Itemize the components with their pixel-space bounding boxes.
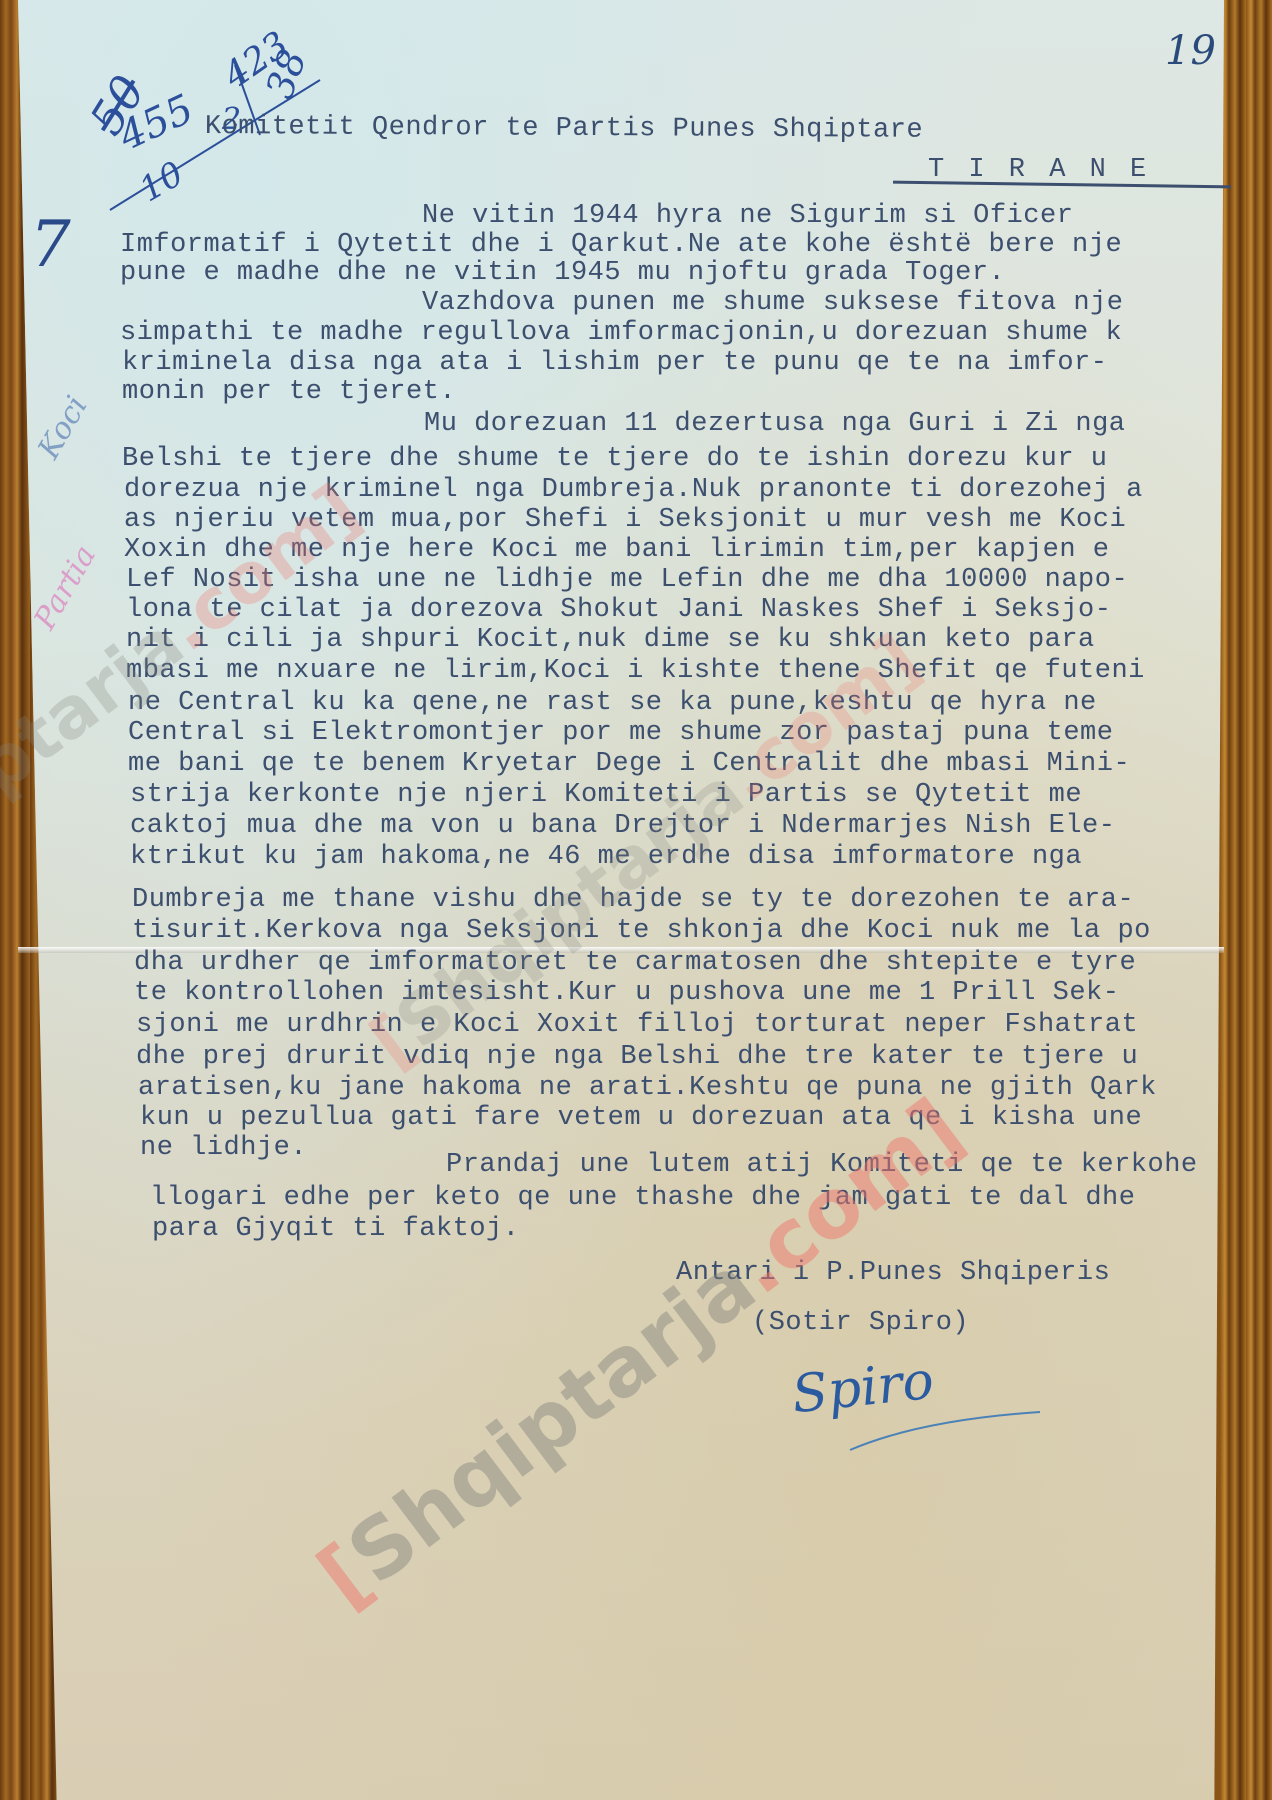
- body-line: Belshi te tjere dhe shume te tjere do te…: [122, 444, 1107, 474]
- body-line: kun u pezullua gati fare vetem u dorezua…: [140, 1103, 1142, 1133]
- body-line: nit i cili ja shpuri Kocit,nuk dime se k…: [126, 625, 1095, 655]
- body-line: aratisen,ku jane hakoma ne arati.Keshtu …: [138, 1073, 1157, 1103]
- signature-flourish: [840, 1380, 1070, 1460]
- body-line: dorezua nje kriminel nga Dumbreja.Nuk pr…: [124, 475, 1143, 505]
- body-line: Ne vitin 1944 hyra ne Sigurim si Oficer: [422, 201, 1073, 231]
- body-line: sjoni me urdhrin e Koci Xoxit filloj tor…: [136, 1010, 1138, 1040]
- city-line: T I R A N E: [928, 155, 1150, 185]
- body-line: dha urdher qe imformatoret te carmatosen…: [134, 948, 1136, 978]
- body-line: monin per te tjeret.: [122, 377, 456, 407]
- body-line: te kontrollohen imtesisht.Kur u pushova …: [134, 978, 1119, 1008]
- body-line: Central si Elektromontjer por me shume z…: [128, 718, 1113, 748]
- body-line: pune e madhe dhe ne vitin 1945 mu njoftu…: [120, 258, 1005, 288]
- page-number: 19: [1165, 28, 1216, 74]
- body-line: Imformatif i Qytetit dhe i Qarkut.Ne ate…: [120, 230, 1122, 260]
- body-line: ne Central ku ka qene,ne rast se ka pune…: [128, 688, 1097, 718]
- body-line: para Gjyqit ti faktoj.: [152, 1214, 519, 1244]
- body-line: Vazhdova punen me shume suksese fitova n…: [422, 288, 1124, 318]
- body-line: kriminela disa nga ata i lishim per te p…: [122, 348, 1107, 378]
- body-line: ne lidhje.: [140, 1133, 307, 1163]
- body-line: strija kerkonte nje njeri Komiteti i Par…: [130, 780, 1082, 810]
- body-line: me bani qe te benem Kryetar Dege i Centr…: [128, 749, 1130, 779]
- body-line: llogari edhe per keto qe une thashe dhe …: [150, 1183, 1135, 1213]
- wood-background-right: [1220, 0, 1272, 1800]
- body-line: simpathi te madhe regullova imformacjoni…: [120, 318, 1122, 348]
- addressee-line: Komitetit Qendror te Partis Punes Shqipt…: [205, 112, 923, 146]
- body-line: tisurit.Kerkova nga Seksjoni te shkonja …: [132, 916, 1151, 946]
- margin-mark: 7: [30, 208, 71, 282]
- body-line: mbasi me nxuare ne lirim,Koci i kishte t…: [126, 656, 1145, 686]
- body-line: Mu dorezuan 11 dezertusa nga Guri i Zi n…: [424, 409, 1126, 439]
- body-line: dhe prej drurit vdiq nje nga Belshi dhe …: [136, 1042, 1138, 1072]
- closing-name: (Sotir Spiro): [752, 1308, 969, 1338]
